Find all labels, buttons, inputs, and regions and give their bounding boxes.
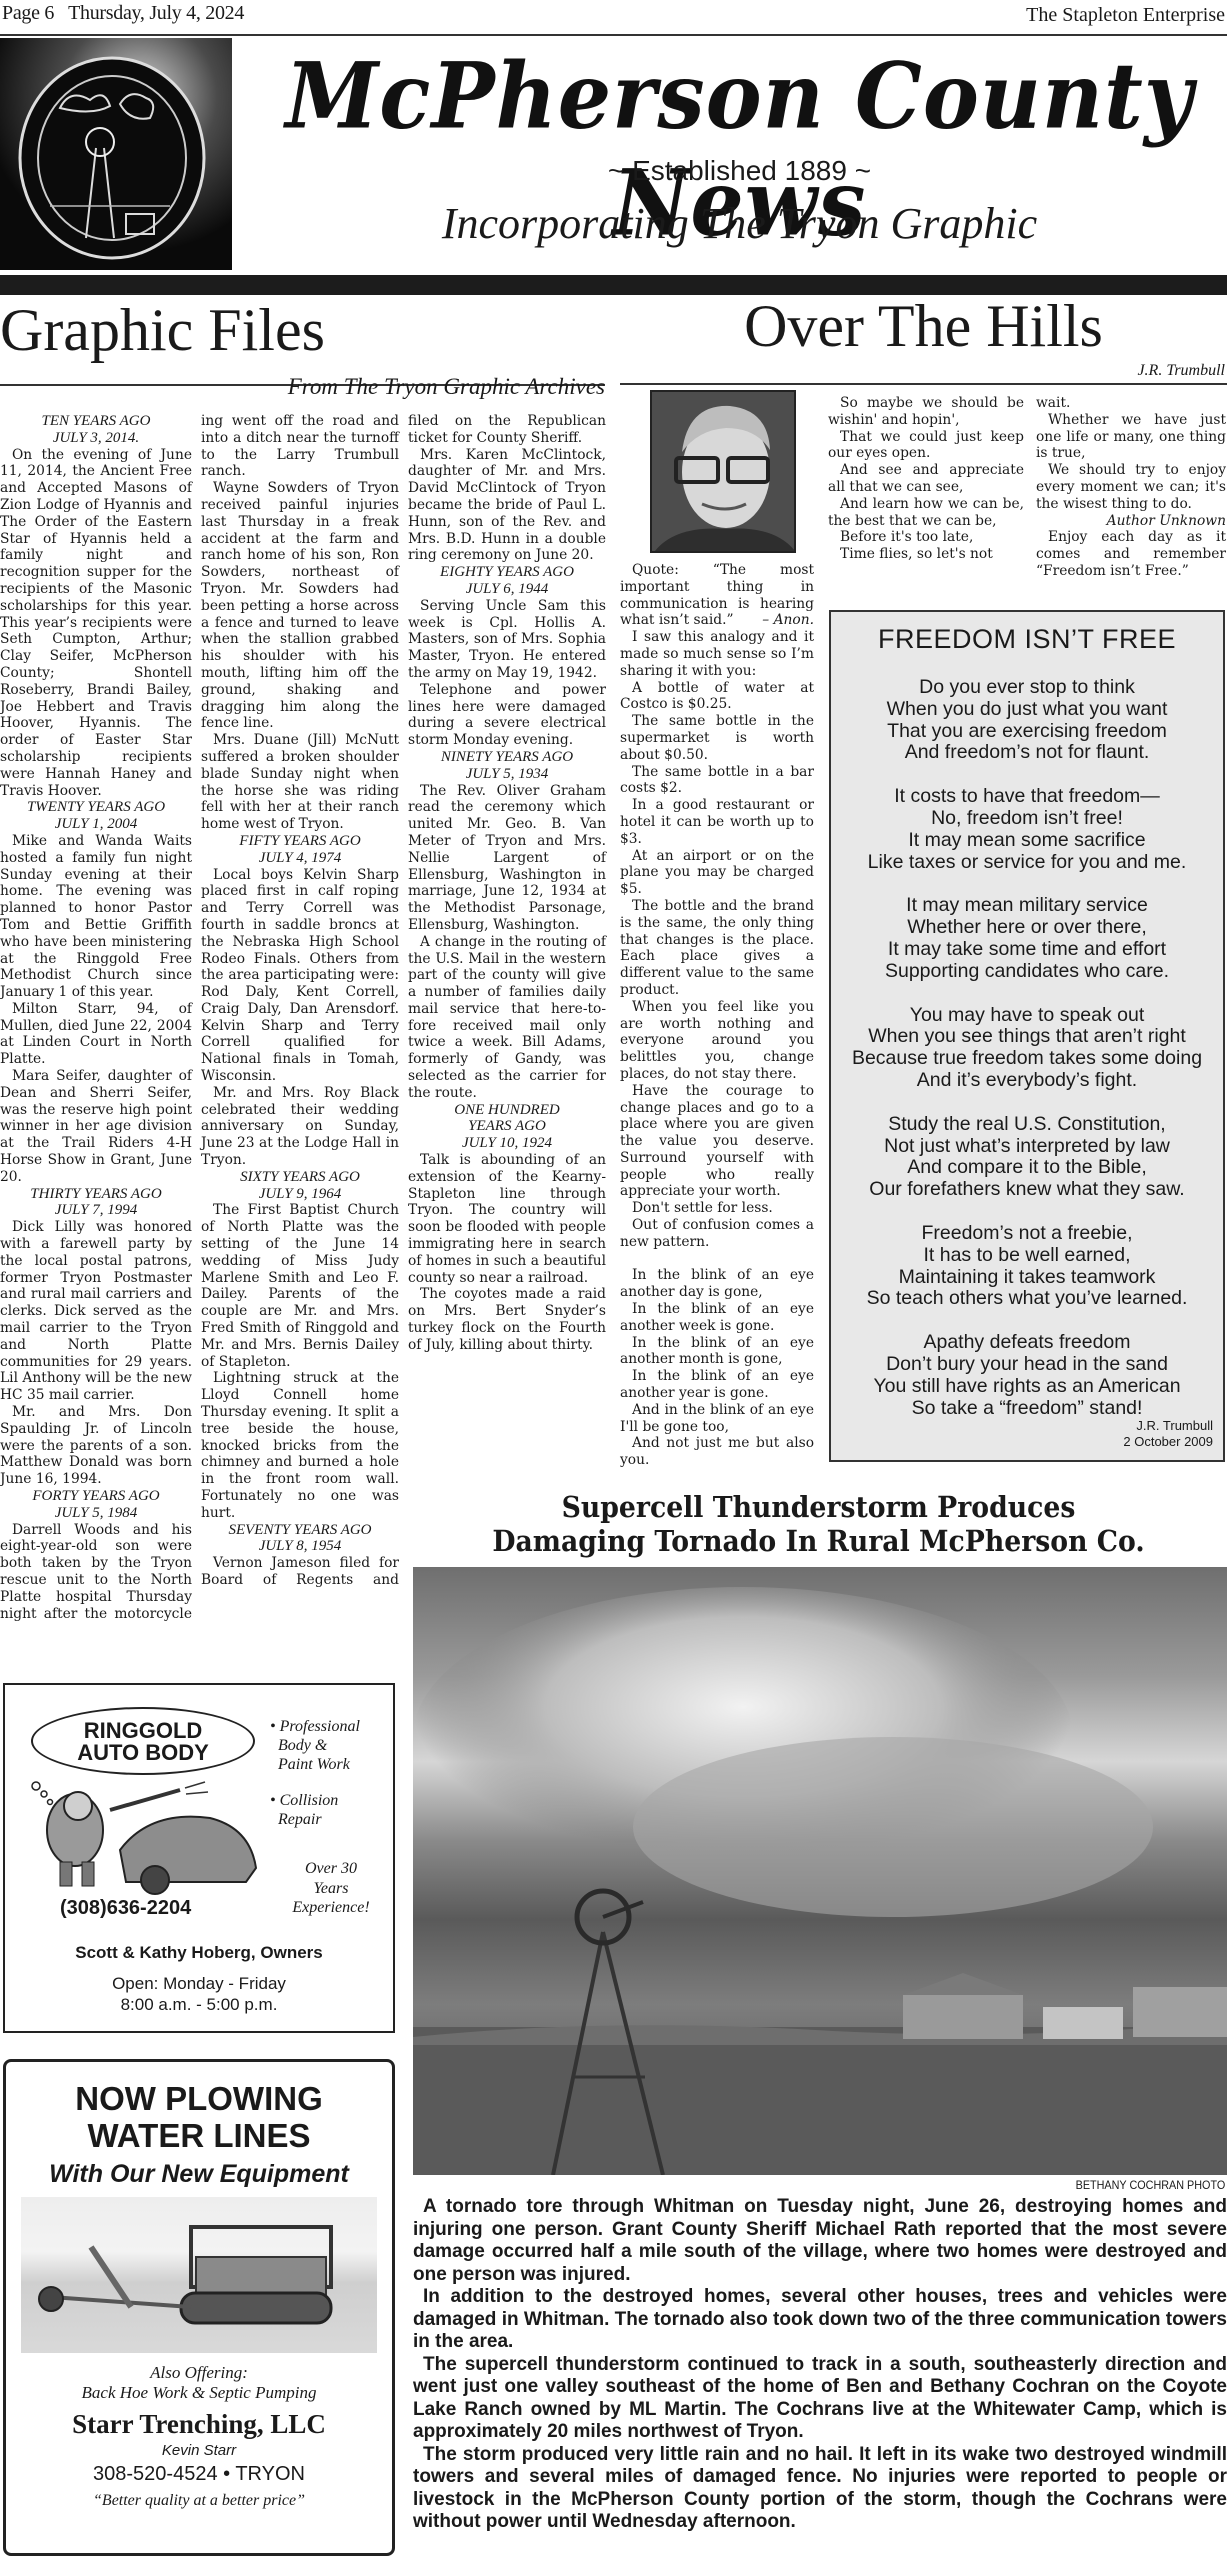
poem-line: It costs to have that freedom—: [831, 786, 1223, 808]
experience-line: Experience!: [281, 1898, 381, 1918]
also-line: Back Hoe Work & Septic Pumping: [6, 2383, 392, 2403]
ad-name-line: AUTO BODY: [33, 1742, 253, 1764]
graphic-files-column-1: TEN YEARS AGO JULY 3, 2014. On the eveni…: [0, 413, 192, 1622]
column-paragraph: wait.: [1036, 395, 1226, 412]
poem-line: Maintaining it takes teamwork: [831, 1267, 1223, 1289]
ad-phone-number: (308)636-2204: [60, 1897, 191, 1920]
poem-stanza: Freedom’s not a freebie, It has to be we…: [831, 1223, 1223, 1310]
ad-headline: NOW PLOWING WATER LINES: [6, 2080, 392, 2154]
section-heading: FORTY YEARS AGO: [0, 1488, 192, 1505]
section-heading: SEVENTY YEARS AGO: [201, 1522, 399, 1539]
poem-title: FREEDOM ISN’T FREE: [831, 624, 1223, 655]
graphic-files-column-2: ing went off the road and into a ditch n…: [201, 413, 399, 1589]
archive-paragraph: Wayne Sowders of Tryon received painful …: [201, 480, 399, 732]
poem-line: It may take some time and effort: [831, 939, 1223, 961]
headline-line-1: Supercell Thunderstorm Produces: [443, 1490, 1195, 1524]
poem-line: That you are exercising freedom: [831, 721, 1223, 743]
column-paragraph: Whether we have just one life or many, o…: [1036, 412, 1226, 462]
archive-paragraph: ing went off the road and into a ditch n…: [201, 413, 399, 480]
archive-paragraph: Lightning struck at the Lloyd Connell ho…: [201, 1370, 399, 1521]
poem-line: Study the real U.S. Constitution,: [831, 1114, 1223, 1136]
section-heading: SIXTY YEARS AGO: [201, 1169, 399, 1186]
poem-line: Don’t bury your head in the sand: [831, 1354, 1223, 1376]
ad-name-line: RINGGOLD: [33, 1720, 253, 1742]
page-number: Page 6: [2, 2, 54, 24]
column-paragraph: And see and appreciate all that we can s…: [828, 462, 1024, 496]
archive-paragraph: A change in the routing of the U.S. Mail…: [408, 934, 606, 1102]
archive-paragraph: The First Baptist Church of North Platte…: [201, 1202, 399, 1370]
ad-also-offering: Also Offering: Back Hoe Work & Septic Pu…: [6, 2363, 392, 2403]
poem-signature: J.R. Trumbull 2 October 2009: [1123, 1418, 1213, 1450]
section-heading: EIGHTY YEARS AGO: [408, 564, 606, 581]
archive-paragraph: Vernon Jameson filed for Board of Regent…: [201, 1555, 399, 1589]
masthead-subtitle: Incorporating The Tryon Graphic: [252, 198, 1227, 249]
poem-line: Like taxes or service for you and me.: [831, 852, 1223, 874]
section-date: JULY 4, 1974: [201, 850, 399, 867]
archive-paragraph: Talk is abounding of an extension of the…: [408, 1152, 606, 1286]
service-item: • Collision Repair: [270, 1791, 390, 1829]
column-paragraph: Enjoy each day as it comes and remember …: [1036, 529, 1226, 579]
poem-line: Apathy defeats freedom: [831, 1332, 1223, 1354]
column-paragraph: Time flies, so let's not: [828, 546, 1024, 563]
poem-line: And freedom’s not for flaunt.: [831, 742, 1223, 764]
bulldozer-icon: [21, 2197, 377, 2353]
service-line: Body &: [270, 1736, 390, 1755]
poem-stanza: You may have to speak out When you see t…: [831, 1005, 1223, 1092]
column-paragraph: Don't settle for less.: [620, 1200, 814, 1217]
service-line: Paint Work: [270, 1755, 390, 1774]
poem-line: You may have to speak out: [831, 1005, 1223, 1027]
freedom-poem-box: FREEDOM ISN’T FREE Do you ever stop to t…: [829, 610, 1225, 1462]
poem-stanza: Study the real U.S. Constitution, Not ju…: [831, 1114, 1223, 1201]
trencher-photo: [21, 2197, 377, 2353]
ad-hours: Open: Monday - Friday 8:00 a.m. - 5:00 p…: [5, 1973, 393, 2015]
headline-line: NOW PLOWING: [6, 2080, 392, 2117]
portrait-icon: [652, 392, 796, 553]
photo-credit: BETHANY COCHRAN PHOTO: [1075, 2178, 1225, 2192]
poem-line: Whether here or over there,: [831, 917, 1223, 939]
column-paragraph: And not just me but also you.: [620, 1435, 814, 1469]
page-folio: Page 6Thursday, July 4, 2024 The Staplet…: [0, 0, 1227, 30]
poem-line: When you see things that aren’t right: [831, 1026, 1223, 1048]
folio-left: Page 6Thursday, July 4, 2024: [2, 2, 244, 25]
section-date: JULY 5, 1934: [408, 766, 606, 783]
poem-date: 2 October 2009: [1123, 1434, 1213, 1450]
column-paragraph: The same bottle in a bar costs $2.: [620, 764, 814, 798]
over-the-hills-divider: [620, 383, 1227, 385]
poem-line: And it’s everybody’s fight.: [831, 1070, 1223, 1092]
archive-paragraph: Mr. and Mrs. Don Spaulding Jr. of Lincol…: [0, 1404, 192, 1488]
column-paragraph: In a good restaurant or hotel it can be …: [620, 797, 814, 847]
column-paragraph: So maybe we should be wishin' and hopin'…: [828, 395, 1024, 429]
archive-paragraph: Darrell Woods and his eight-year-old son…: [0, 1522, 192, 1622]
over-the-hills-column-3: wait. Whether we have just one life or m…: [1036, 395, 1226, 580]
headline-line-2: Damaging Tornado In Rural McPherson Co.: [443, 1524, 1195, 1558]
poem-stanza: It costs to have that freedom— No, freed…: [831, 786, 1223, 873]
archive-paragraph: Milton Starr, 94, of Mullen, died June 2…: [0, 1001, 192, 1068]
poem-line: You still have rights as an American: [831, 1376, 1223, 1398]
graphic-files-column-3: filed on the Republican ticket for Count…: [408, 413, 606, 1354]
service-line: Repair: [270, 1810, 390, 1829]
section-heading: ONE HUNDRED YEARS AGO: [408, 1102, 606, 1136]
archive-paragraph: The coyotes made a raid on Mrs. Bert Sny…: [408, 1286, 606, 1353]
section-date: JULY 9, 1964: [201, 1186, 399, 1203]
section-heading: TWENTY YEARS AGO: [0, 799, 192, 816]
column-paragraph: Out of confusion comes a new pattern.: [620, 1217, 814, 1251]
column-paragraph: Before it's too late,: [828, 529, 1024, 546]
ad-owners: Scott & Kathy Hoberg, Owners: [5, 1943, 393, 1963]
county-seal-logo: [0, 38, 232, 270]
poem-stanza: Do you ever stop to think When you do ju…: [831, 677, 1223, 764]
service-line: • Professional: [270, 1717, 390, 1736]
ad-services: • Professional Body & Paint Work • Colli…: [270, 1717, 390, 1846]
section-heading: TEN YEARS AGO: [0, 413, 192, 430]
column-paragraph: That we could just keep our eyes open.: [828, 429, 1024, 463]
poem-line: When you do just what you want: [831, 699, 1223, 721]
poem-line: Because true freedom takes some doing: [831, 1048, 1223, 1070]
ringgold-auto-body-ad: RINGGOLD AUTO BODY • Professional Body &…: [3, 1683, 395, 2033]
poem-line: Freedom’s not a freebie,: [831, 1223, 1223, 1245]
poem-line: Our forefathers knew what they saw.: [831, 1179, 1223, 1201]
section-heading: FIFTY YEARS AGO: [201, 833, 399, 850]
column-paragraph: We should try to enjoy every moment we c…: [1036, 462, 1226, 512]
section-date: JULY 1, 2004: [0, 816, 192, 833]
archive-paragraph: Serving Uncle Sam this week is Cpl. Holl…: [408, 598, 606, 682]
poem-line: So teach others what you’ve learned.: [831, 1288, 1223, 1310]
poem-line: Not just what’s interpreted by law: [831, 1136, 1223, 1158]
column-spacer: [620, 1251, 814, 1268]
archive-paragraph: Local boys Kelvin Sharp placed first in …: [201, 867, 399, 1085]
section-date: JULY 7, 1994: [0, 1202, 192, 1219]
author-portrait: [650, 390, 796, 553]
opening-quote: Quote: “The most important thing in comm…: [620, 562, 814, 629]
mechanic-car-illustration-icon: [20, 1780, 260, 1895]
service-line: • Collision: [270, 1791, 390, 1810]
poem-line: It has to be well earned,: [831, 1245, 1223, 1267]
column-paragraph: A bottle of water at Costco is $0.25.: [620, 680, 814, 714]
ad-subheadline: With Our New Equipment: [6, 2160, 392, 2189]
storm-photo-icon: [413, 1567, 1227, 2175]
poem-line: Do you ever stop to think: [831, 677, 1223, 699]
over-the-hills-column-1: Quote: “The most important thing in comm…: [620, 562, 814, 1469]
section-heading: NINETY YEARS AGO: [408, 749, 606, 766]
column-attribution: Author Unknown: [1036, 513, 1226, 530]
section-date: JULY 10, 1924: [408, 1135, 606, 1152]
section-date: JULY 8, 1954: [201, 1538, 399, 1555]
archive-paragraph: Mrs. Karen McClintock, daughter of Mr. a…: [408, 447, 606, 565]
ad-contact-name: Kevin Starr: [6, 2442, 392, 2459]
tornado-article-body: A tornado tore through Whitman on Tuesda…: [413, 2196, 1227, 2534]
article-paragraph: The storm produced very little rain and …: [413, 2444, 1227, 2534]
hours-line: 8:00 a.m. - 5:00 p.m.: [5, 1994, 393, 2015]
article-paragraph: The supercell thunderstorm continued to …: [413, 2354, 1227, 2444]
poem-author: J.R. Trumbull: [1123, 1418, 1213, 1434]
column-paragraph: Have the courage to change places and go…: [620, 1083, 814, 1201]
quote-attribution: – Anon.: [750, 612, 814, 629]
column-paragraph: In the blink of an eye another week is g…: [620, 1301, 814, 1335]
issue-date: Thursday, July 4, 2024: [68, 2, 244, 24]
ad-experience: Over 30 Years Experience!: [281, 1859, 381, 1918]
tornado-photo: [413, 1567, 1227, 2175]
starr-trenching-ad: NOW PLOWING WATER LINES With Our New Equ…: [3, 2059, 395, 2556]
archive-paragraph: Mara Seifer, daughter of Dean and Sherri…: [0, 1068, 192, 1186]
poem-line: It may mean some sacrifice: [831, 830, 1223, 852]
section-date: JULY 3, 2014.: [0, 430, 192, 447]
service-item: • Professional Body & Paint Work: [270, 1717, 390, 1774]
also-line: Also Offering:: [6, 2363, 392, 2383]
column-paragraph: I saw this analogy and it made so much s…: [620, 629, 814, 679]
folio-divider: [0, 34, 1227, 36]
over-the-hills-column-2: So maybe we should be wishin' and hopin'…: [828, 395, 1024, 563]
section-date: JULY 5, 1984: [0, 1505, 192, 1522]
column-paragraph: In the blink of an eye another year is g…: [620, 1368, 814, 1402]
archive-paragraph: On the evening of June 11, 2014, the Anc…: [0, 447, 192, 800]
column-byline: J.R. Trumbull: [1137, 362, 1225, 380]
masthead: McPherson County News ~ Established 1889…: [0, 38, 1227, 273]
ad-business-name: RINGGOLD AUTO BODY: [31, 1707, 255, 1775]
established-line: ~ Established 1889 ~: [252, 155, 1227, 187]
archive-paragraph: Mr. and Mrs. Roy Black celebrated their …: [201, 1085, 399, 1169]
archive-paragraph: filed on the Republican ticket for Count…: [408, 413, 606, 447]
over-the-hills-title: Over The Hills: [620, 292, 1227, 361]
poem-line: And compare it to the Bible,: [831, 1157, 1223, 1179]
poem-stanza: It may mean military service Whether her…: [831, 895, 1223, 982]
archive-paragraph: Mrs. Duane (Jill) McNutt suffered a brok…: [201, 732, 399, 833]
column-paragraph: The bottle and the brand is the same, th…: [620, 898, 814, 999]
ad-slogan: “Better quality at a better price”: [6, 2492, 392, 2510]
column-paragraph: And learn how we can be, the best that w…: [828, 496, 1024, 530]
archive-paragraph: The Rev. Oliver Graham read the ceremony…: [408, 783, 606, 934]
section-date: JULY 6, 1944: [408, 581, 606, 598]
seal-icon: [0, 38, 232, 270]
column-paragraph: In the blink of an eye another day is go…: [620, 1267, 814, 1301]
column-paragraph: In the blink of an eye another month is …: [620, 1335, 814, 1369]
poem-line: So take a “freedom” stand!: [831, 1398, 1223, 1420]
publication-name: The Stapleton Enterprise: [1026, 4, 1225, 27]
archive-paragraph: Mike and Wanda Waits hosted a family fun…: [0, 833, 192, 1001]
archive-paragraph: Dick Lilly was honored with a farewell p…: [0, 1219, 192, 1404]
poem-stanza: Apathy defeats freedom Don’t bury your h…: [831, 1332, 1223, 1419]
poem-line: Supporting candidates who care.: [831, 961, 1223, 983]
column-paragraph: The same bottle in the supermarket is wo…: [620, 713, 814, 763]
graphic-files-title: Graphic Files: [0, 296, 325, 365]
tornado-headline: Supercell Thunderstorm Produces Damaging…: [443, 1490, 1195, 1558]
hours-line: Open: Monday - Friday: [5, 1973, 393, 1994]
column-paragraph: At an airport or on the plane you may be…: [620, 848, 814, 898]
ad-phone-location: 308-520-4524 • TRYON: [6, 2463, 392, 2486]
poem-line: It may mean military service: [831, 895, 1223, 917]
experience-line: Years: [281, 1879, 381, 1899]
column-paragraph: When you feel like you are worth nothing…: [620, 999, 814, 1083]
section-heading: THIRTY YEARS AGO: [0, 1186, 192, 1203]
headline-line: WATER LINES: [6, 2117, 392, 2154]
article-paragraph: In addition to the destroyed homes, seve…: [413, 2286, 1227, 2354]
article-paragraph: A tornado tore through Whitman on Tuesda…: [413, 2196, 1227, 2286]
ad-company-name: Starr Trenching, LLC: [6, 2409, 392, 2440]
archive-paragraph: Telephone and power lines here were dama…: [408, 682, 606, 749]
column-paragraph: And in the blink of an eye I'll be gone …: [620, 1402, 814, 1436]
experience-line: Over 30: [281, 1859, 381, 1879]
graphic-files-subtitle: From The Tryon Graphic Archives: [288, 374, 605, 400]
poem-line: No, freedom isn’t free!: [831, 808, 1223, 830]
